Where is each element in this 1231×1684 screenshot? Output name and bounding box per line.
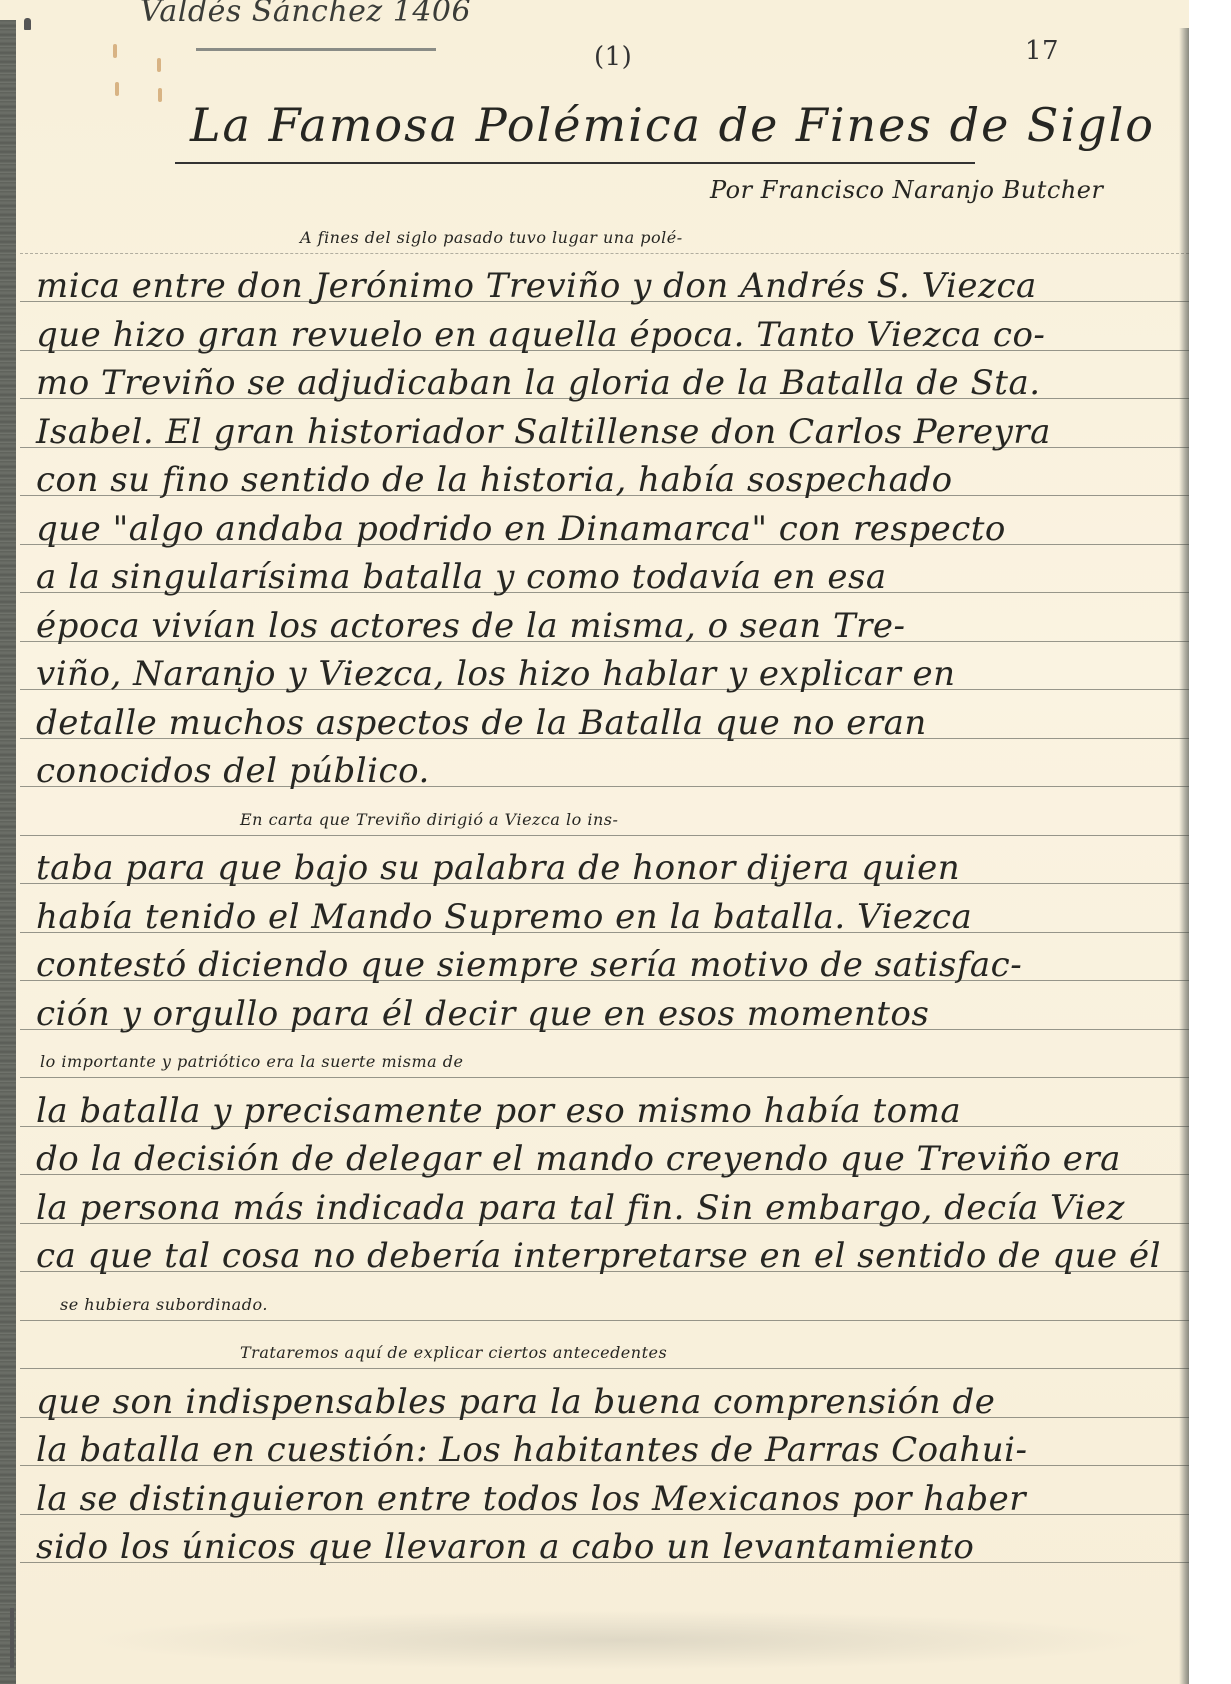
manuscript-line: que hizo gran revuelo en aquella época. … (36, 315, 1186, 355)
manuscript-line: con su fino sentido de la historia, habí… (36, 460, 1186, 500)
manuscript-line: do la decisión de delegar el mando creye… (36, 1139, 1186, 1179)
manuscript-line: que son indispensables para la buena com… (36, 1382, 1186, 1422)
manuscript-line: detalle muchos aspectos de la Batalla qu… (36, 703, 1186, 743)
bleed-through-smudge (80, 1610, 1160, 1670)
rust-stain (115, 82, 119, 96)
binding-strip (0, 20, 16, 1684)
manuscript-line: taba para que bajo su palabra de honor d… (36, 848, 1186, 888)
manuscript-line: mica entre don Jerónimo Treviño y don An… (36, 266, 1186, 306)
manuscript-line: contestó diciendo que siempre sería moti… (36, 945, 1186, 985)
folio-number: 17 (1025, 36, 1059, 66)
manuscript-line: ción y orgullo para él decir que en esos… (36, 994, 1186, 1034)
archive-note-underline (196, 48, 436, 51)
manuscript-line: se hubiera subordinado. (60, 1285, 1210, 1325)
manuscript-line: lo importante y patriótico era la suerte… (40, 1042, 1190, 1082)
manuscript-line: ca que tal cosa no debería interpretarse… (36, 1236, 1186, 1276)
manuscript-line: Trataremos aquí de explicar ciertos ante… (240, 1333, 1231, 1373)
binding-tab (24, 18, 31, 30)
manuscript-line: En carta que Treviño dirigió a Viezca lo… (240, 800, 1231, 840)
manuscript-line: viño, Naranjo y Viezca, los hizo hablar … (36, 654, 1186, 694)
manuscript-line: Isabel. El gran historiador Saltillense … (36, 412, 1186, 452)
archive-note: Valdés Sánchez 1406 (140, 0, 471, 29)
manuscript-line: época vivían los actores de la misma, o … (36, 606, 1186, 646)
manuscript-line: la se distinguieron entre todos los Mexi… (36, 1479, 1186, 1519)
manuscript-line: que "algo andaba podrido en Dinamarca" c… (36, 509, 1186, 549)
manuscript-line: conocidos del público. (36, 751, 1186, 791)
manuscript-line: a la singularísima batalla y como todaví… (36, 557, 1186, 597)
manuscript-line: la persona más indicada para tal fin. Si… (36, 1188, 1186, 1228)
manuscript-page: Valdés Sánchez 1406 (1) 17 La Famosa Pol… (0, 0, 1231, 1684)
manuscript-line: había tenido el Mando Supremo en la bata… (36, 897, 1186, 937)
rust-stain (157, 58, 161, 72)
page-number: (1) (594, 42, 632, 72)
title-underline (175, 162, 975, 164)
manuscript-line: la batalla y precisamente por eso mismo … (36, 1091, 1186, 1131)
author-byline: Por Francisco Naranjo Butcher (710, 176, 1103, 204)
rust-stain (113, 44, 117, 58)
rust-stain (158, 88, 162, 102)
manuscript-line: sido los únicos que llevaron a cabo un l… (36, 1527, 1186, 1567)
manuscript-line: la batalla en cuestión: Los habitantes d… (36, 1430, 1186, 1470)
binding-fragment (10, 1608, 14, 1668)
manuscript-line: A fines del siglo pasado tuvo lugar una … (300, 218, 1231, 258)
manuscript-line: mo Treviño se adjudicaban la gloria de l… (36, 363, 1186, 403)
document-title: La Famosa Polémica de Fines de Siglo (190, 98, 1155, 152)
